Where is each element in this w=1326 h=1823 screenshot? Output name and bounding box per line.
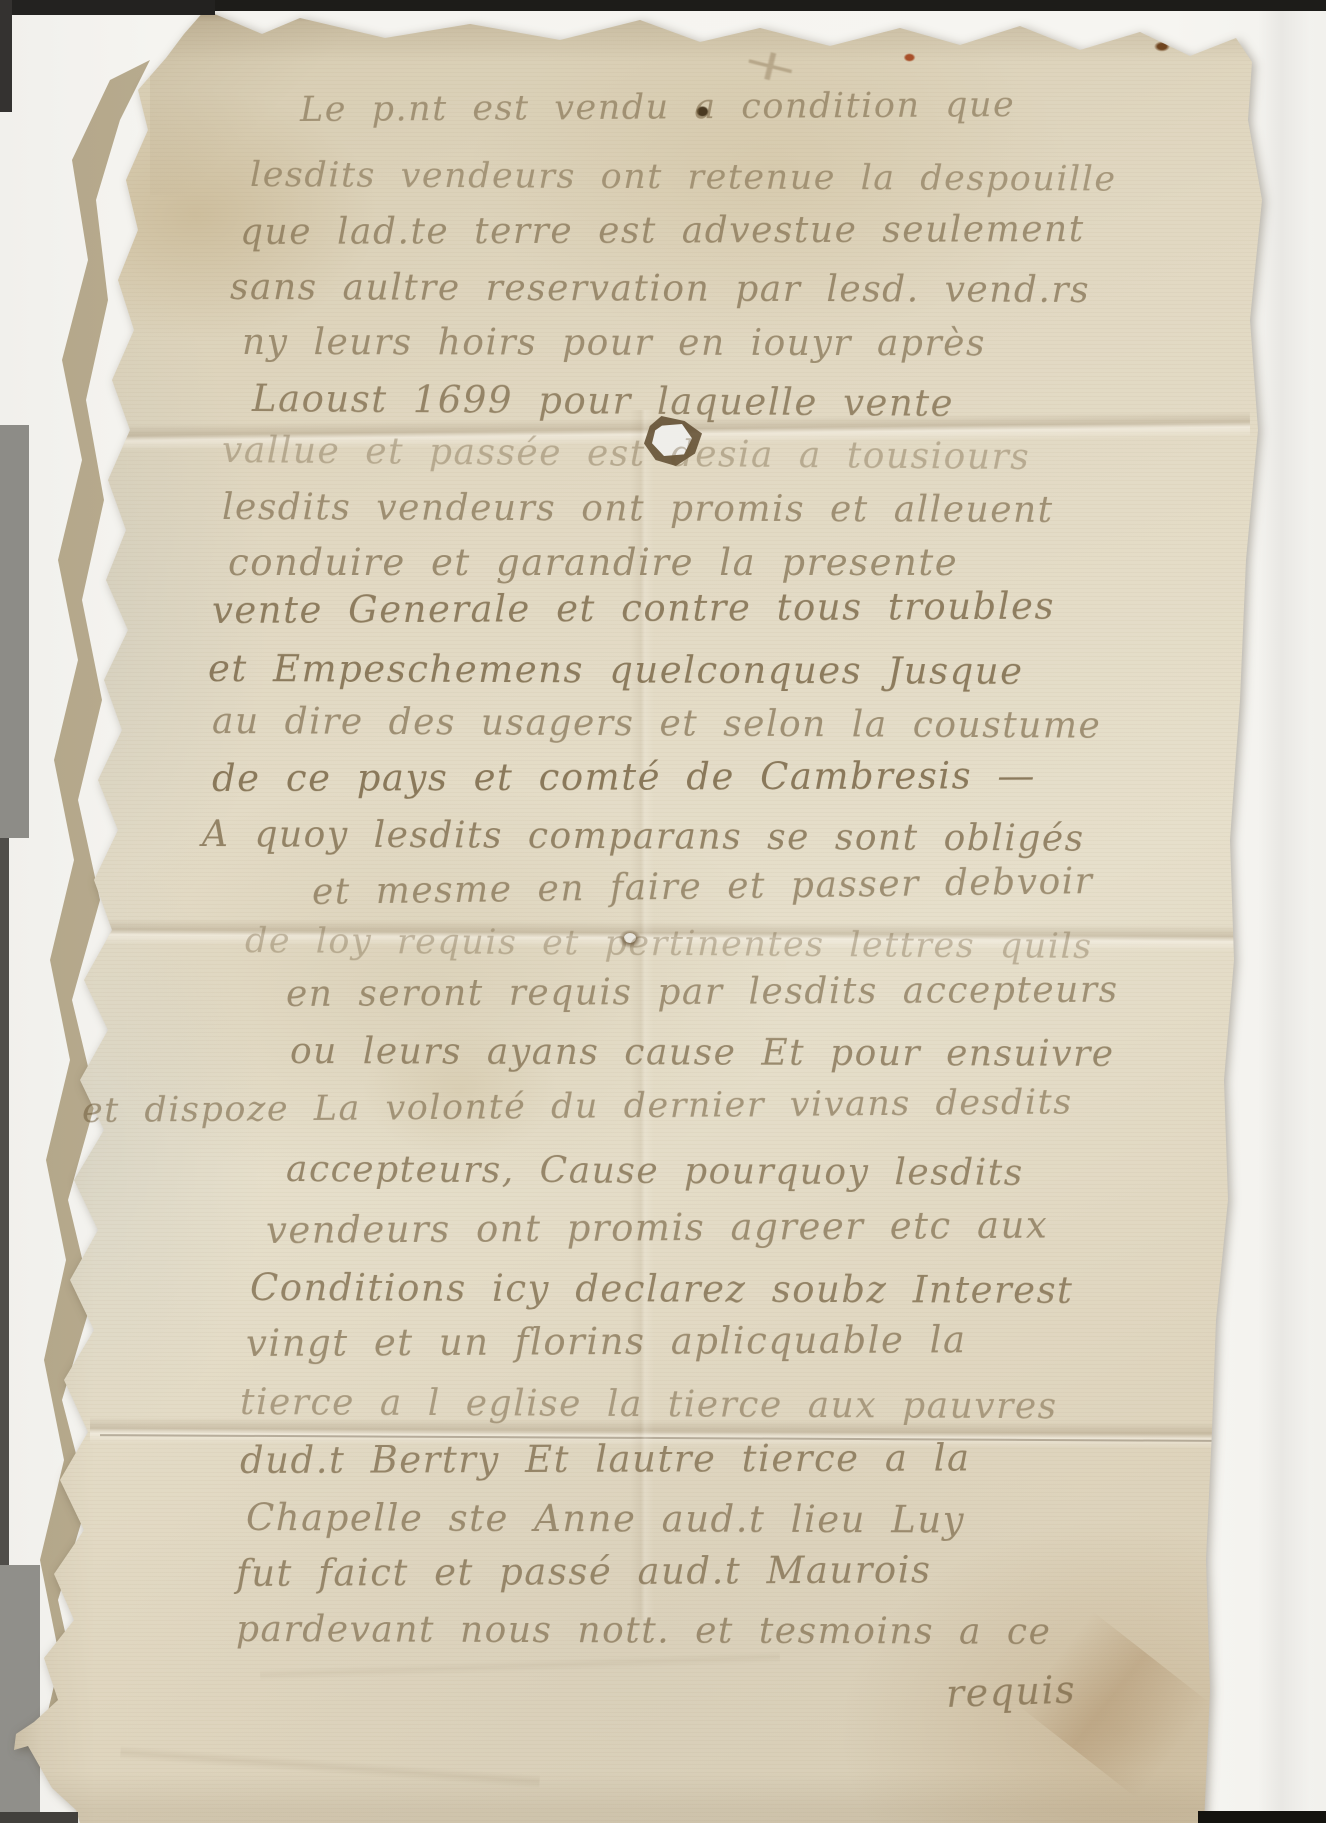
manuscript-line: ny leurs hoirs pour en iouyr après [242, 322, 986, 364]
manuscript-line: de loy requis et pertinentes lettres qui… [245, 921, 1093, 967]
manuscript-line: Conditions icy declarez soubz Interest [250, 1266, 1074, 1312]
manuscript-line: ou leurs ayans cause Et pour ensuivre [290, 1031, 1115, 1075]
manuscript-line: lesdits vendeurs ont promis et alleuent [222, 487, 1054, 531]
manuscript-line: vingt et un florins aplicquable la [246, 1318, 967, 1365]
manuscript-line: et Empeschemens quelconques Jusque [208, 647, 1024, 693]
manuscript-line: A quoy lesdits comparans se sont obligés [202, 814, 1085, 860]
manuscript-line: tierce a l eglise la tierce aux pauvres [240, 1382, 1058, 1427]
manuscript-line: accepteurs, Cause pourquoy lesdits [286, 1149, 1024, 1194]
manuscript-line: requis [945, 1667, 1077, 1716]
manuscript-line: en seront requis par lesdits accepteurs [286, 970, 1119, 1015]
scanner-edge-top-left [0, 0, 215, 15]
scanner-edge-bottom-left [0, 1812, 78, 1823]
manuscript-line: pardevant nous nott. et tesmoins a ce [236, 1609, 1052, 1653]
manuscript-line: Le p.nt est vendu a condition que [300, 85, 1016, 130]
manuscript-line: fut faict et passé aud.t Maurois [236, 1548, 932, 1595]
manuscript-line: Chapelle ste Anne aud.t lieu Luy [246, 1496, 965, 1542]
manuscript-line: Laoust 1699 pour laquelle vente [252, 377, 954, 425]
manuscript-line: sans aultre reservation par lesd. vend.r… [230, 267, 1090, 311]
manuscript-line: vendeurs ont promis agreer etc aux [266, 1204, 1048, 1252]
manuscript-line: et mesme en faire et passer debvoir [312, 861, 1094, 913]
manuscript-line: de ce pays et comté de Cambresis — [212, 754, 1036, 800]
scanner-background: + Le p.nt est vendu a condition que lesd… [0, 0, 1326, 1823]
manuscript-line: que lad.te terre est advestue seulement [240, 209, 1085, 253]
manuscript-line: conduire et garandire la presente [228, 541, 958, 584]
scanner-edge-left-upper [0, 0, 12, 112]
scanner-edge-bottom-right [1198, 1811, 1326, 1823]
manuscript-line: vente Generale et contre tous troubles [212, 585, 1055, 632]
handwriting-layer: + Le p.nt est vendu a condition que lesd… [0, 0, 1326, 1823]
manuscript-line: et dispoze La volonté du dernier vivans … [82, 1082, 1073, 1131]
manuscript-line: lesdits vendeurs ont retenue la despouil… [250, 155, 1117, 200]
manuscript-line: au dire des usagers et selon la coustume [212, 701, 1101, 747]
manuscript-line: vallue et passée est desia a tousiours [222, 430, 1031, 478]
manuscript-line: dud.t Bertry Et lautre tierce a la [240, 1436, 971, 1482]
